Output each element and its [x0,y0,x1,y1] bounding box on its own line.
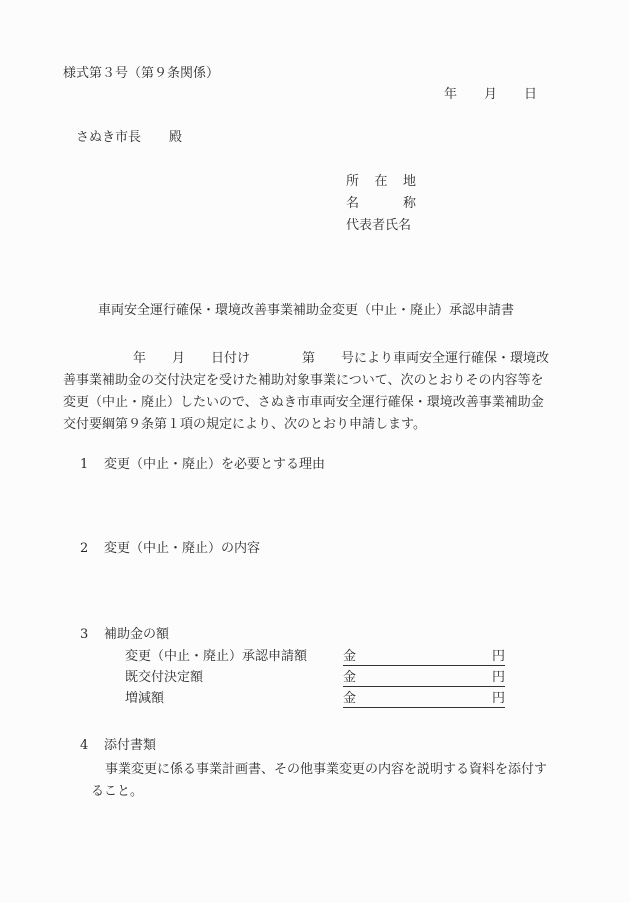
submission-date: 年月日 [444,88,537,101]
applicant-address-label[interactable]: 所在地 [346,175,416,188]
date-day-field[interactable]: 日 [524,88,537,101]
section-content: 2変更（中止・廃止）の内容 [80,542,260,555]
section-number: 2 [80,542,104,555]
amount-label: 増減額 [125,692,164,705]
attachment-line: ること。 [91,781,591,803]
application-body: 年 月 日付け 第 号により車両安全運行確保・環境改 善事業補助金の交付決定を受… [63,348,583,436]
amount-prefix: 金 [343,692,356,705]
attachment-line: 事業変更に係る事業計画書、その他事業変更の内容を説明する資料を添付す [91,759,591,781]
body-line: 年 月 日付け 第 号により車両安全運行確保・環境改 [63,348,583,370]
body-line: 交付要綱第９条第１項の規定により、次のとおり申請します。 [63,414,583,436]
amount-field-difference[interactable]: 金 円 [343,692,505,708]
amount-row-difference: 増減額 金 円 [125,692,507,712]
section-attachments: 4添付書類 [80,739,156,752]
amount-field-requested[interactable]: 金 円 [343,650,505,666]
amount-suffix: 円 [492,650,505,663]
section-heading: 添付書類 [104,738,156,753]
amount-prefix: 金 [343,671,356,684]
section-heading: 変更（中止・廃止）を必要とする理由 [104,457,325,472]
amount-label: 変更（中止・廃止）承認申請額 [125,650,307,663]
section-number: 3 [80,628,104,641]
applicant-representative-label[interactable]: 代表者氏名 [346,218,411,233]
amount-label: 既交付決定額 [125,671,203,684]
applicant-name-label[interactable]: 名称 [346,197,416,210]
attachment-note: 事業変更に係る事業計画書、その他事業変更の内容を説明する資料を添付す ること。 [91,759,591,803]
section-heading: 変更（中止・廃止）の内容 [104,541,260,556]
addressee-name: さぬき市長 [76,130,141,145]
amount-row-decided: 既交付決定額 金 円 [125,671,507,691]
amount-field-decided[interactable]: 金 円 [343,671,505,687]
section-subsidy-amount: 3補助金の額 [80,628,169,641]
date-year-field[interactable]: 年 [444,88,457,101]
section-number: 1 [80,458,104,471]
addressee-honorific: 殿 [169,130,182,145]
body-line: 変更（中止・廃止）したいので、さぬき市車両安全運行確保・環境改善事業補助金 [63,392,583,414]
addressee: さぬき市長殿 [76,131,182,144]
document-title: 車両安全運行確保・環境改善事業補助金変更（中止・廃止）承認申請書 [98,304,514,317]
amount-suffix: 円 [492,671,505,684]
amount-prefix: 金 [343,650,356,663]
section-number: 4 [80,739,104,752]
section-reason: 1変更（中止・廃止）を必要とする理由 [80,458,325,471]
amount-row-requested: 変更（中止・廃止）承認申請額 金 円 [125,650,507,670]
applicant-block: 所在地 名称 代表者氏名 [346,175,416,241]
form-identifier: 様式第３号（第９条関係） [63,67,219,80]
amount-suffix: 円 [492,692,505,705]
section-heading: 補助金の額 [104,627,169,642]
date-month-field[interactable]: 月 [484,88,497,101]
body-line: 善事業補助金の交付決定を受けた補助対象事業について、次のとおりその内容等を [63,370,583,392]
